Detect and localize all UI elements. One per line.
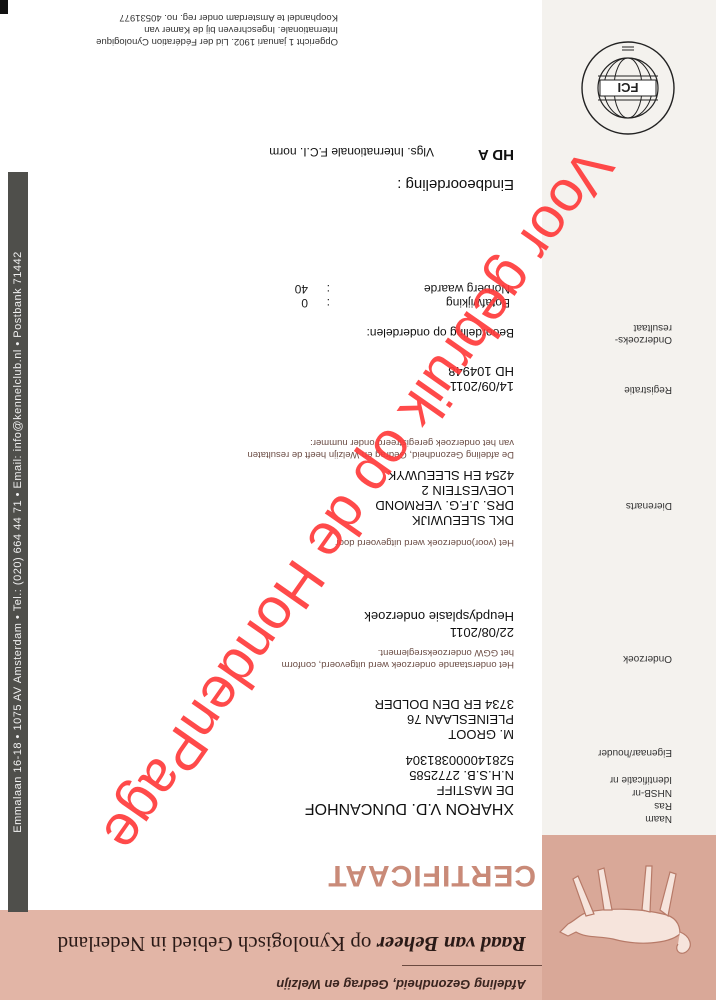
label-naam: Naam	[645, 813, 672, 824]
result-row-botafwijking: Botafwijking:0	[301, 296, 510, 310]
registration-note-2: van het onderzoek geregistreerd onder nu…	[310, 436, 514, 448]
vet-city: 4254 EH SLEEUWYK	[388, 468, 514, 483]
owner-street: PLEINESLAAN 76	[407, 712, 514, 727]
exam-note-2: het GGW onderzoeksreglement.	[378, 646, 514, 658]
organization-footer: Opgericht 1 januari 1902. Lid der Fédéra…	[96, 11, 338, 47]
vet-street: LOEVESTEIN 2	[422, 483, 514, 498]
vet-name: DRS. J.F.G. VERMOND	[375, 498, 514, 513]
owner-city: 3734 ER DEN DOLDER	[375, 697, 514, 712]
exam-date: 22/08/2011	[450, 625, 514, 640]
owner-name: M. GROOT	[448, 727, 514, 742]
label-nhsb: NHSB-nr	[632, 787, 672, 798]
dog-illustration-icon	[548, 844, 708, 994]
label-onderzoek: Onderzoek	[623, 653, 672, 664]
header-image-panel	[542, 835, 716, 1000]
label-dierenarts: Dierenarts	[626, 500, 672, 511]
vet-clinic: DKL SLEEUWIJK	[412, 513, 514, 528]
label-ras: Ras	[654, 800, 672, 811]
department-name: Afdeling Gezondheid, Gedrag en Welzijn	[276, 977, 526, 992]
contact-info: Emmalaan 16-18 • 1075 AV Amsterdam • Tel…	[12, 172, 24, 912]
fci-logo-icon: FCI	[576, 36, 680, 140]
scan-corner-mark	[0, 0, 8, 14]
exam-type: Heupdysplasie onderzoek	[364, 609, 514, 624]
label-resultaat-1: Onderzoeks-	[615, 334, 672, 345]
certificate-title: CERTIFICAAT	[327, 858, 536, 892]
dog-identification: 528140000381304	[406, 753, 514, 768]
result-heading: Beoordeling op onderdelen:	[367, 325, 514, 340]
final-norm: Vlgs. Internationale F.C.I. norm	[269, 144, 434, 159]
vet-note: Het (voor)onderzoek werd uitgevoerd door	[336, 536, 514, 548]
final-assessment-label: Eindbeoordeling :	[397, 177, 514, 192]
label-registratie: Registratie	[624, 384, 672, 395]
organization-header: Raad van Beheer op Kynologisch Gebied in…	[0, 910, 542, 1000]
dog-name: XHARON V.D. DUNCANHOF	[305, 801, 514, 816]
label-resultaat-2: resultaat	[634, 322, 672, 333]
svg-text:FCI: FCI	[618, 80, 639, 95]
label-eigenaar: Eigenaar/houder	[598, 747, 672, 758]
dog-breed: DE MASTIFF	[437, 783, 514, 798]
contact-bar: Emmalaan 16-18 • 1075 AV Amsterdam • Tel…	[8, 172, 28, 912]
header-divider	[402, 965, 542, 966]
organization-name: Raad van Beheer op Kynologisch Gebied in…	[58, 931, 526, 956]
certificate-page: Raad van Beheer op Kynologisch Gebied in…	[0, 0, 716, 1000]
exam-note-1: Het onderstaande onderzoek werd uitgevoe…	[282, 658, 514, 670]
result-row-norberg: Norberg waarde:40	[295, 282, 510, 296]
dog-nhsb: N.H.S.B. 2772585	[409, 768, 514, 783]
registration-date: 14/09/2011	[450, 379, 514, 394]
label-identificatie: Identificatie nr	[610, 774, 672, 785]
registration-note-1: De afdeling Gezondheid, Gedrag en Welzij…	[247, 448, 514, 460]
registration-number: HD 104948	[448, 364, 514, 379]
final-grade: HD A	[478, 147, 514, 162]
